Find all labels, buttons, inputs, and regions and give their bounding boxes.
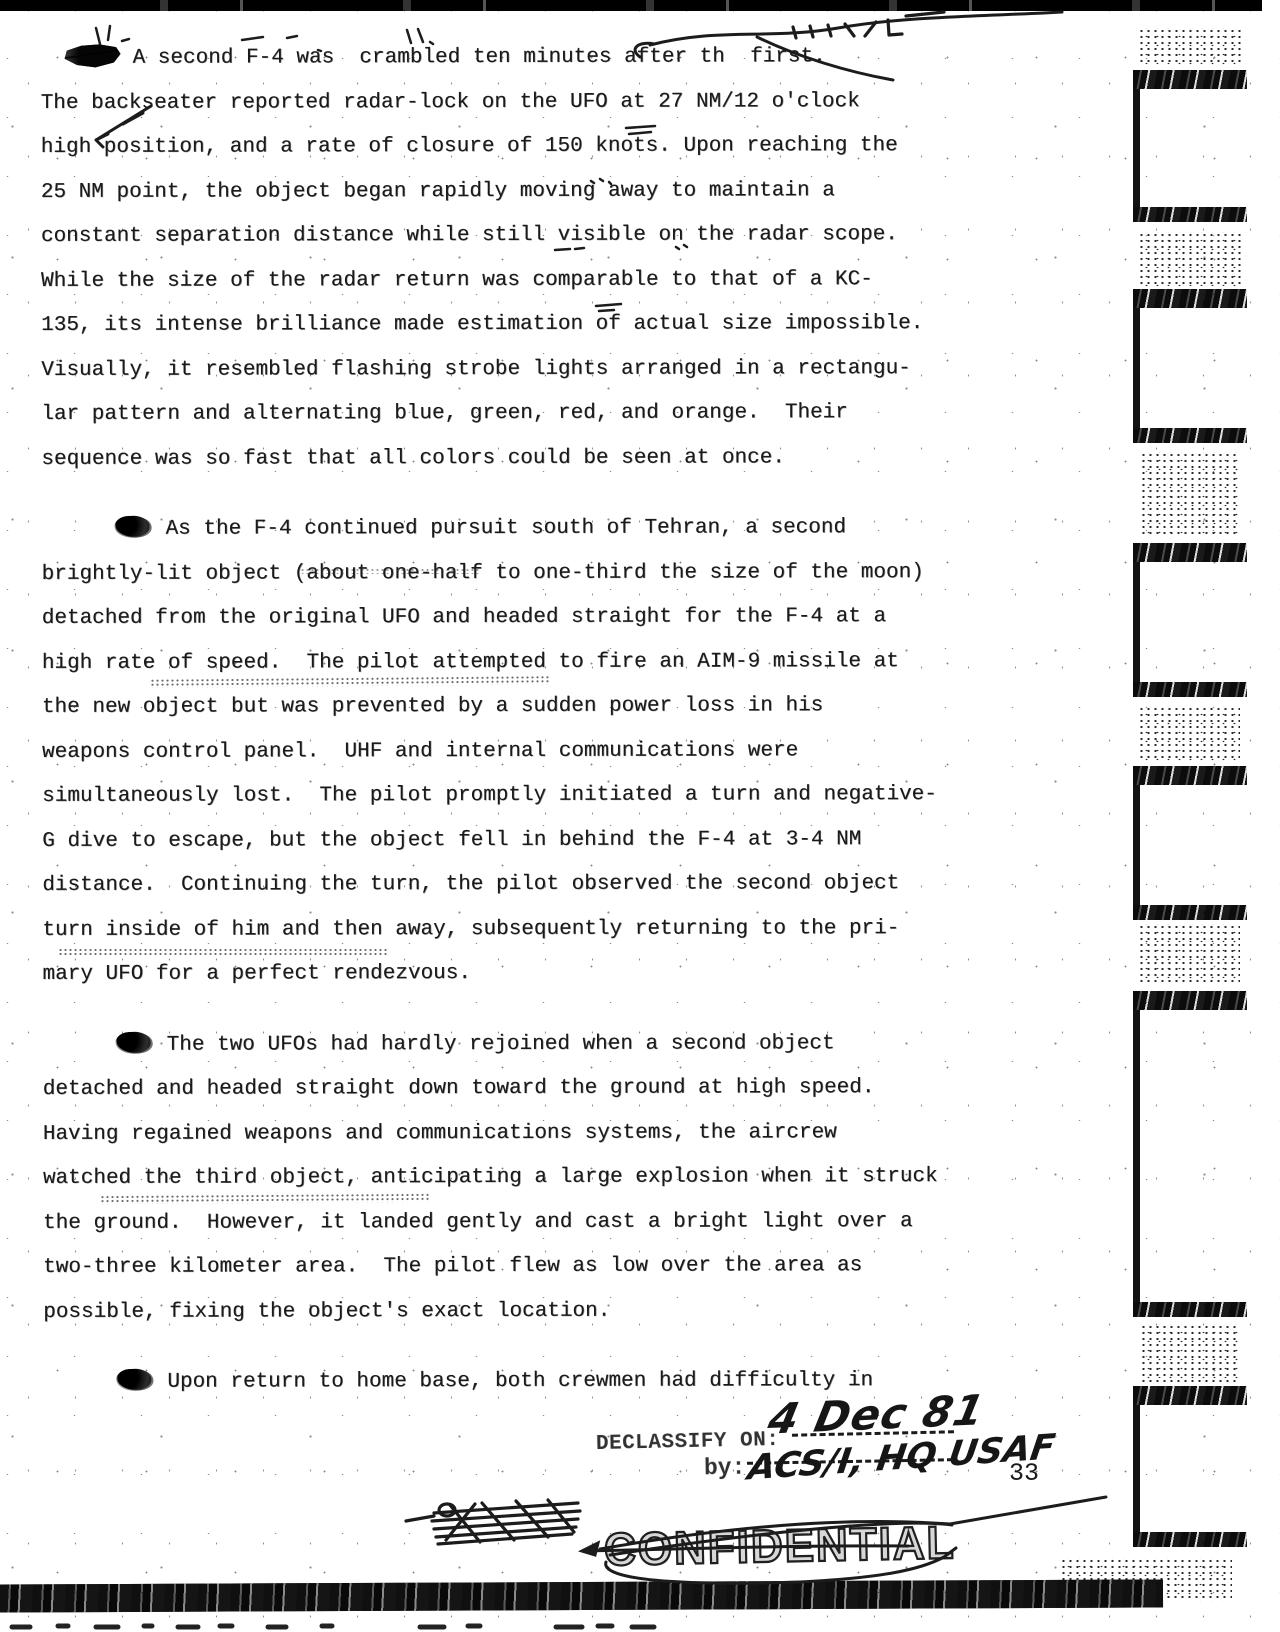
text-line: While the size of the radar return was c… — [41, 258, 961, 304]
page-number: 33 — [1009, 1459, 1039, 1488]
text-line: the ground. However, it landed gently an… — [43, 1200, 963, 1246]
top-scan-edge-bar — [0, 0, 1262, 11]
paragraph: The two UFOs had hardly rejoined when a … — [43, 1022, 964, 1335]
redaction-mark — [116, 1030, 151, 1053]
scan-speckle — [1140, 452, 1240, 538]
document-body: A second F-4 was crambled ten minutes af… — [41, 35, 964, 1431]
text-line: The backseater reported radar-lock on th… — [41, 80, 961, 126]
text-line: G dive to escape, but the object fell in… — [42, 818, 962, 864]
text-line: detached and headed straight down toward… — [43, 1066, 963, 1112]
paragraph: A second F-4 was crambled ten minutes af… — [41, 35, 962, 482]
text-line: 135, its intense brilliance made estimat… — [41, 302, 961, 348]
scan-speckle — [1138, 232, 1242, 286]
scan-speckle — [1138, 924, 1240, 984]
text-line: detached from the original UFO and heade… — [42, 595, 962, 641]
text-line: A second F-4 was crambled ten minutes af… — [41, 35, 961, 81]
text-line: constant separation distance while still… — [41, 213, 961, 259]
by-label: by: — [704, 1455, 746, 1482]
text-line: mary UFO for a perfect rendezvous. — [42, 951, 962, 997]
text-line: As the F-4 continued pursuit south of Te… — [42, 506, 962, 552]
text-line: The two UFOs had hardly rejoined when a … — [43, 1022, 963, 1068]
binder-mark — [1133, 991, 1247, 1317]
scan-speckle — [1138, 706, 1240, 762]
confidential-stamp: CONFIDENTIAL — [603, 1517, 956, 1577]
text-line: 25 NM point, the object began rapidly mo… — [41, 169, 961, 215]
redaction-mark — [117, 1368, 152, 1391]
scan-speckle — [1140, 1324, 1238, 1382]
text-line: weapons control panel. UHF and internal … — [42, 729, 962, 775]
redaction-mark — [65, 44, 121, 68]
text-line: watched the third object, anticipating a… — [43, 1155, 963, 1201]
binder-mark — [1133, 543, 1247, 697]
text-line: simultaneously lost. The pilot promptly … — [42, 773, 962, 819]
text-line: brightly-lit object (about one-half to o… — [42, 551, 962, 597]
text-line: turn inside of him and then away, subseq… — [42, 907, 962, 953]
binder-mark — [1133, 1386, 1247, 1547]
binder-mark — [1133, 289, 1247, 443]
scan-speckle — [1138, 28, 1244, 66]
text-line: high rate of speed. The pilot attempted … — [42, 640, 962, 686]
text-line: possible, fixing the object's exact loca… — [43, 1289, 963, 1335]
text-line: distance. Continuing the turn, the pilot… — [42, 862, 962, 908]
paragraph: As the F-4 continued pursuit south of Te… — [42, 506, 963, 997]
redaction-mark — [115, 515, 150, 538]
text-line: lar pattern and alternating blue, green,… — [41, 391, 961, 437]
text-line: Visually, it resembled flashing strobe l… — [41, 347, 961, 393]
text-line: sequence was so fast that all colors cou… — [41, 436, 961, 482]
bottom-scan-edge-bar — [0, 1579, 1163, 1612]
text-line: Having regained weapons and communicatio… — [43, 1111, 963, 1157]
binder-mark — [1133, 766, 1247, 920]
text-line: high position, and a rate of closure of … — [41, 124, 961, 170]
text-line: two-three kilometer area. The pilot flew… — [43, 1244, 963, 1290]
text-line: the new object but was prevented by a su… — [42, 684, 962, 730]
binder-mark — [1133, 70, 1247, 222]
scanned-document-page: A second F-4 was crambled ten minutes af… — [0, 0, 1280, 1632]
